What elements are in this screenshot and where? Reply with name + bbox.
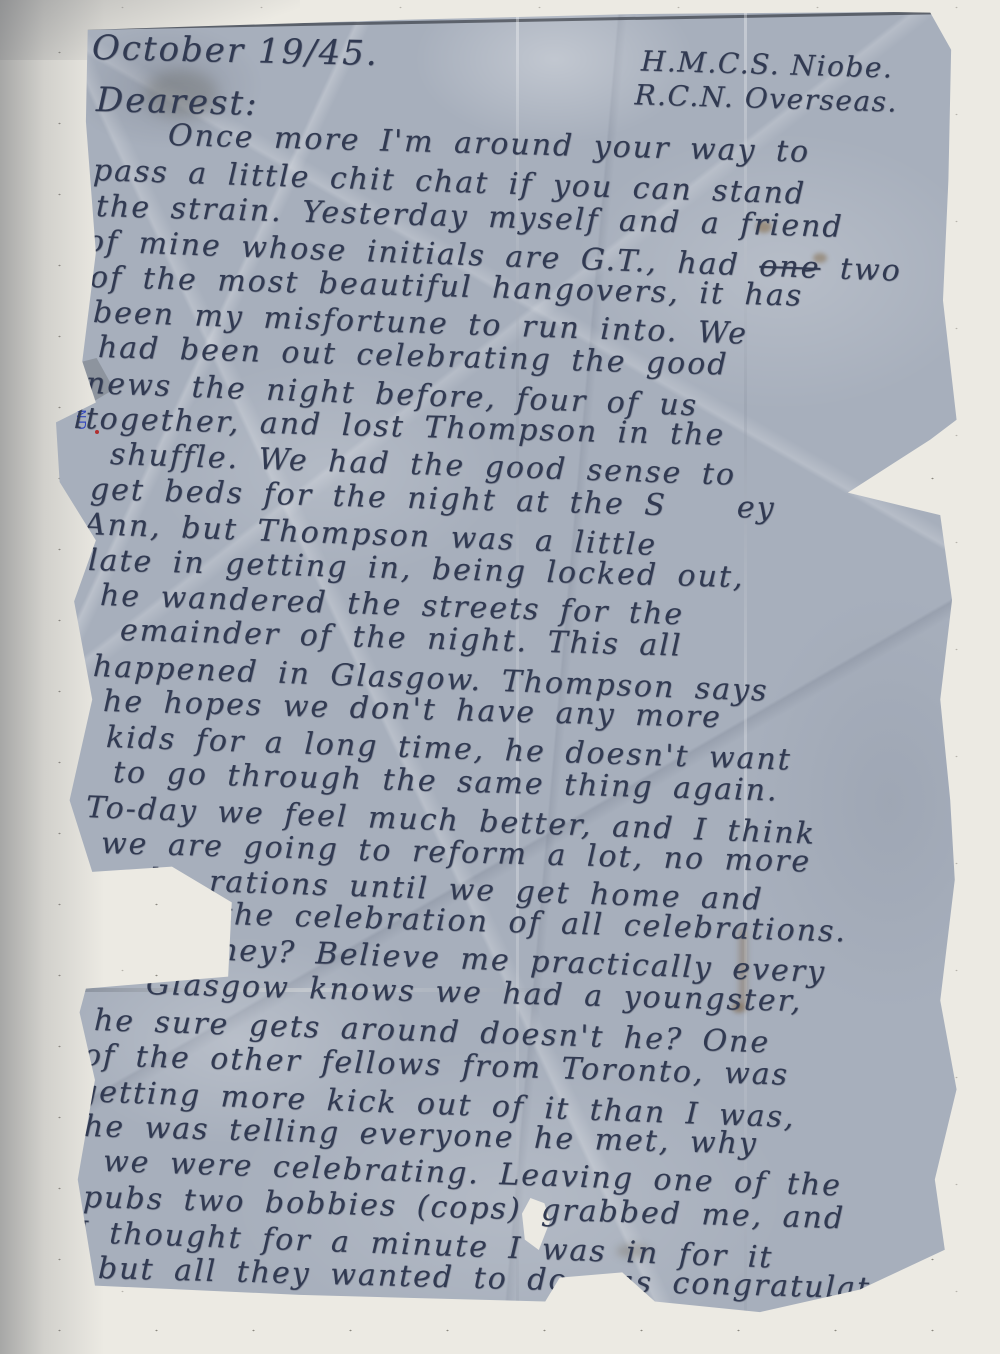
letterhead-service: R.C.N. Overseas. — [634, 78, 898, 119]
letter-content: October 19/45. H.M.C.S. Niobe. R.C.N. Ov… — [56, 6, 962, 1332]
date-line: October 19/45. — [92, 28, 380, 74]
letter-body: Once more I'm around your way to pass a … — [86, 118, 962, 1286]
torn-fragment: ey — [736, 490, 776, 526]
torn-fragment: cel — [110, 861, 161, 898]
scan-background: OND October 19/45. H.M.C.S. Niobe. R.C.N… — [0, 0, 1000, 1354]
scanned-letter-page: { "letter": { "date": "October 19/45.", … — [0, 0, 1000, 1354]
letter-paper: OND October 19/45. H.M.C.S. Niobe. R.C.N… — [56, 6, 962, 1332]
letterhead: H.M.C.S. Niobe. R.C.N. Overseas. — [634, 44, 899, 119]
